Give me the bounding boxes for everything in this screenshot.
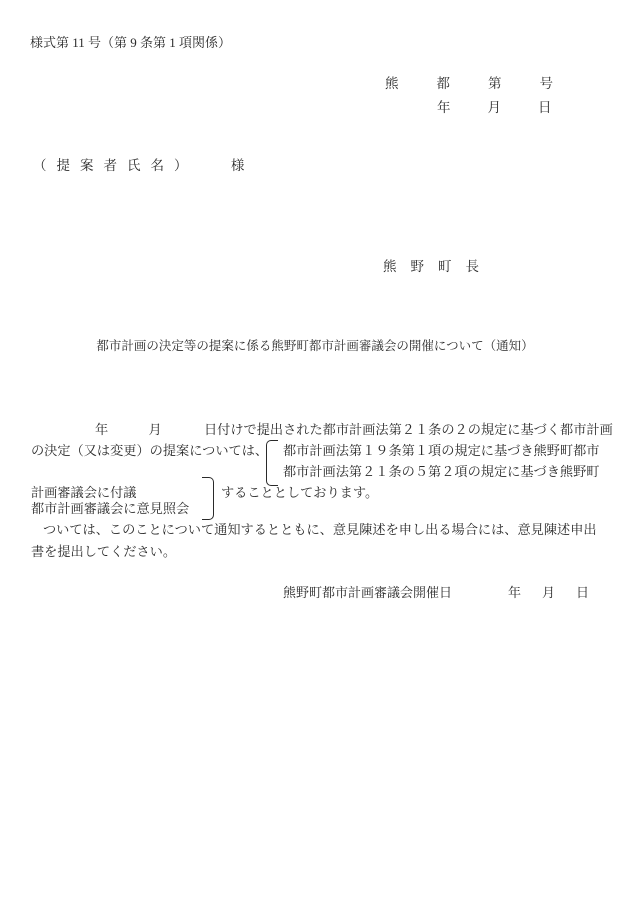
alternative-option-2: 都市計画法第２１条の５第２項の規定に基づき熊野町 (283, 465, 600, 478)
body-paragraph2-line-2: 書を提出してください。 (31, 545, 176, 558)
addressee-line: （提案者氏名） 様 (33, 159, 244, 173)
alternatives-open-bracket (266, 440, 278, 486)
form-number: 様式第 11 号（第 9 条第 1 項関係） (30, 36, 231, 49)
document-title: 都市計画の決定等の提案に係る熊野町都市計画審議会の開催について（通知） (0, 340, 630, 353)
alternative-option-1: 都市計画法第１９条第１項の規定に基づき熊野町都市 (283, 444, 600, 457)
document-page: 様式第 11 号（第 9 条第 1 項関係） 熊都第号 年月日 （提案者氏名） … (0, 0, 630, 915)
alternative-option-2-continuation: 都市計画審議会に意見照会 (31, 502, 189, 515)
meeting-date-label: 熊野町都市計画審議会開催日 (283, 586, 452, 599)
alternative-option-1-continuation: 計画審議会に付議 (31, 486, 137, 499)
issue-date-line: 年月日 (437, 101, 589, 115)
addressee-honorific: 様 (231, 158, 245, 173)
body-paragraph2-line-1: ついては、このことについて通知するとともに、意見陳述を申し出る場合には、意見陳述… (43, 523, 597, 536)
body-line-2: の決定（又は変更）の提案については、 (31, 444, 268, 457)
meeting-date-blank: 年月日 (508, 586, 610, 599)
body-conclusion: することとしております。 (221, 486, 378, 499)
addressee-name-placeholder: （提案者氏名） (33, 158, 198, 173)
body-month-blank: 月 (148, 422, 161, 437)
body-line-date: 年 月 日付けで提出された都市計画法第２１条の２の規定に基づく都市計画 (31, 423, 613, 436)
reference-number-line: 熊都第号 (385, 77, 591, 91)
body-year-blank: 年 (95, 422, 108, 437)
alternatives-close-bracket (202, 477, 214, 520)
body-line-1-text: 日付けで提出された都市計画法第２１条の２の規定に基づく都市計画 (204, 422, 613, 437)
sender-title: 熊野町長 (383, 260, 493, 274)
